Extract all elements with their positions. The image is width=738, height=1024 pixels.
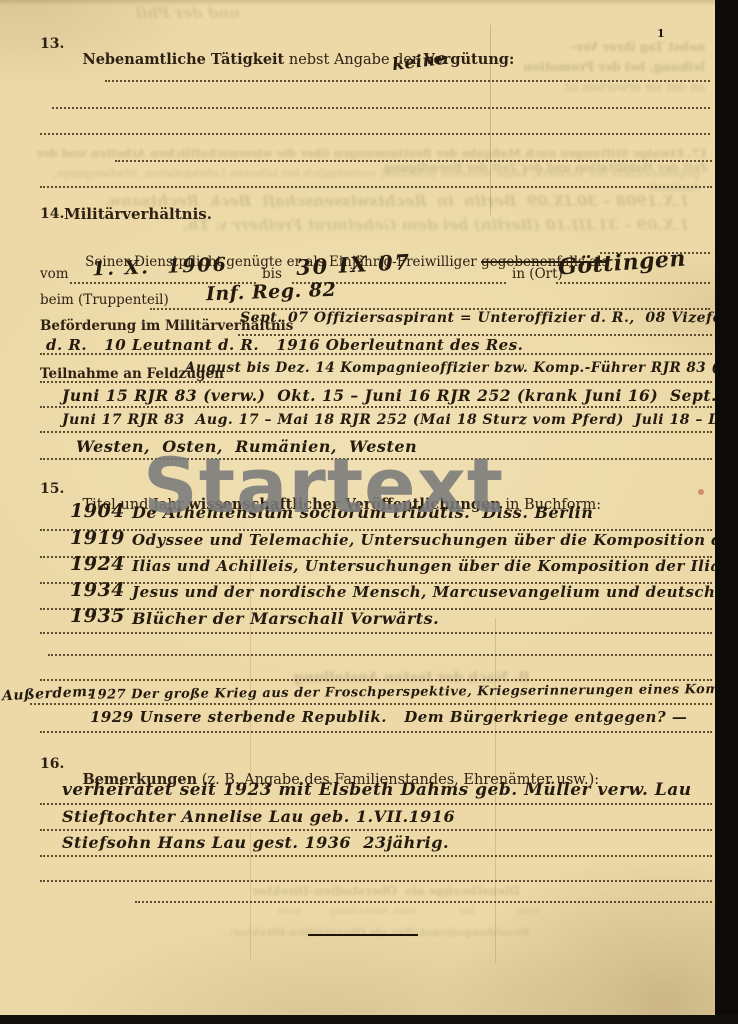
ruling-line	[52, 107, 710, 109]
publication-year: 1934	[70, 579, 125, 601]
publication-title: Ilias und Achilleis, Untersuchungen über…	[132, 557, 730, 575]
bleed-through-print: an der sie erworben ist	[500, 80, 705, 94]
ausserdem-line2-handwriting: 1929 Unsere sterbende Republik. Dem Bürg…	[90, 708, 687, 726]
publication-title: Blücher der Marschall Vorwärts.	[132, 609, 439, 628]
ruling-line	[115, 160, 712, 162]
section13-title: Nebenamtliche Tätigkeit nebst Angabe der…	[64, 35, 514, 84]
publication-year: 1904	[70, 500, 125, 522]
ruling-line	[40, 880, 712, 882]
red-ink-spot	[698, 489, 704, 495]
remarks-line-handwriting: verheiratet seit 1923 mit Elsbeth Dahms …	[62, 780, 692, 800]
ruling-line	[30, 703, 712, 705]
section16-number: 16.	[40, 756, 64, 772]
ruling-line	[105, 80, 710, 82]
bleed-through-print: gegebenenfalls der Vermerk, keine weiter…	[40, 166, 700, 194]
ruling-line	[40, 679, 712, 681]
ruling-line	[40, 803, 712, 805]
ruling-line	[40, 186, 712, 188]
publication-year: 1935	[70, 605, 125, 627]
ausserdem-label-handwriting: Außerdem:	[2, 684, 94, 705]
publication-title: Odyssee und Telemachie, Untersuchungen ü…	[132, 531, 738, 549]
truppenteil-value-handwriting: Inf. Reg. 82	[206, 279, 337, 306]
publication-year: 1924	[70, 553, 125, 575]
section13-title-bold1: Nebenamtliche Tätigkeit	[82, 51, 284, 68]
remarks-line-handwriting: Stieftochter Annelise Lau geb. 1.VII.191…	[62, 807, 455, 826]
personnel-form-page: und der Phil nebst Tag ihrer Ver- leihun…	[0, 0, 738, 1024]
section14-number: 14.	[40, 206, 64, 222]
ruling-line	[40, 855, 712, 857]
vom-label: vom	[40, 266, 69, 282]
ruling-line	[40, 353, 712, 355]
bis-label: bis	[262, 266, 282, 282]
ruling-line	[556, 282, 710, 284]
scan-edge-bottom	[0, 1015, 738, 1024]
bleed-through-print: leihung, bei der Promotion	[490, 60, 705, 74]
ort-label: in (Ort)	[512, 266, 563, 282]
ruling-line	[40, 133, 710, 135]
bleed-through-print: Besoldungsdienstalter als Oberstudien-Di…	[170, 926, 530, 939]
page-number: 1	[657, 27, 665, 40]
feldzuege-line1-handwriting: August bis Dez. 14 Kompagnieoffizier bzw…	[185, 360, 738, 376]
section15-number: 15.	[40, 481, 64, 497]
truppenteil-label: beim (Truppenteil)	[40, 292, 169, 308]
ruling-line	[48, 654, 712, 656]
ruling-line	[40, 632, 712, 634]
ruling-line	[40, 829, 712, 831]
section14-title: Militärverhältnis.	[64, 205, 212, 223]
remarks-line-handwriting: Stiefsohn Hans Lau gest. 1936 23jährig.	[62, 833, 449, 852]
scan-edge-right	[715, 0, 738, 1024]
bleed-through-print: vom bis eine Anstellung mon	[180, 904, 540, 917]
befoerderung-line2-handwriting: d. R. 10 Leutnant d. R. 1916 Oberleutnan…	[46, 336, 523, 354]
bleed-through-print: nebst Tag ihrer Ver-	[505, 40, 705, 54]
publication-title: Jesus und der nordische Mensch, Marcusev…	[132, 583, 738, 601]
startext-watermark: Startext	[143, 448, 504, 524]
feldzuege-line2-handwriting: Juni 15 RJR 83 (verw.) Okt. 15 – Juni 16…	[62, 386, 738, 405]
ruling-line	[40, 731, 712, 733]
bleed-through-handwriting: und der Phil	[10, 4, 240, 22]
publication-year: 1919	[70, 527, 125, 549]
ruling-line	[40, 431, 712, 433]
ruling-line	[135, 901, 712, 903]
section13-number: 13.	[40, 36, 64, 52]
ruling-line	[40, 406, 712, 408]
ruling-line	[40, 381, 712, 383]
feldzuege-line3-handwriting: Juni 17 RJR 83 Aug. 17 – Mai 18 RJR 252 …	[62, 412, 738, 428]
befoerderung-line1-handwriting: Sept. 07 Offiziersaspirant = Unteroffizi…	[240, 310, 738, 326]
closing-line	[308, 934, 418, 936]
bleed-through-print: Dienstbezüge als Oberstudien-Direktor	[180, 884, 520, 898]
